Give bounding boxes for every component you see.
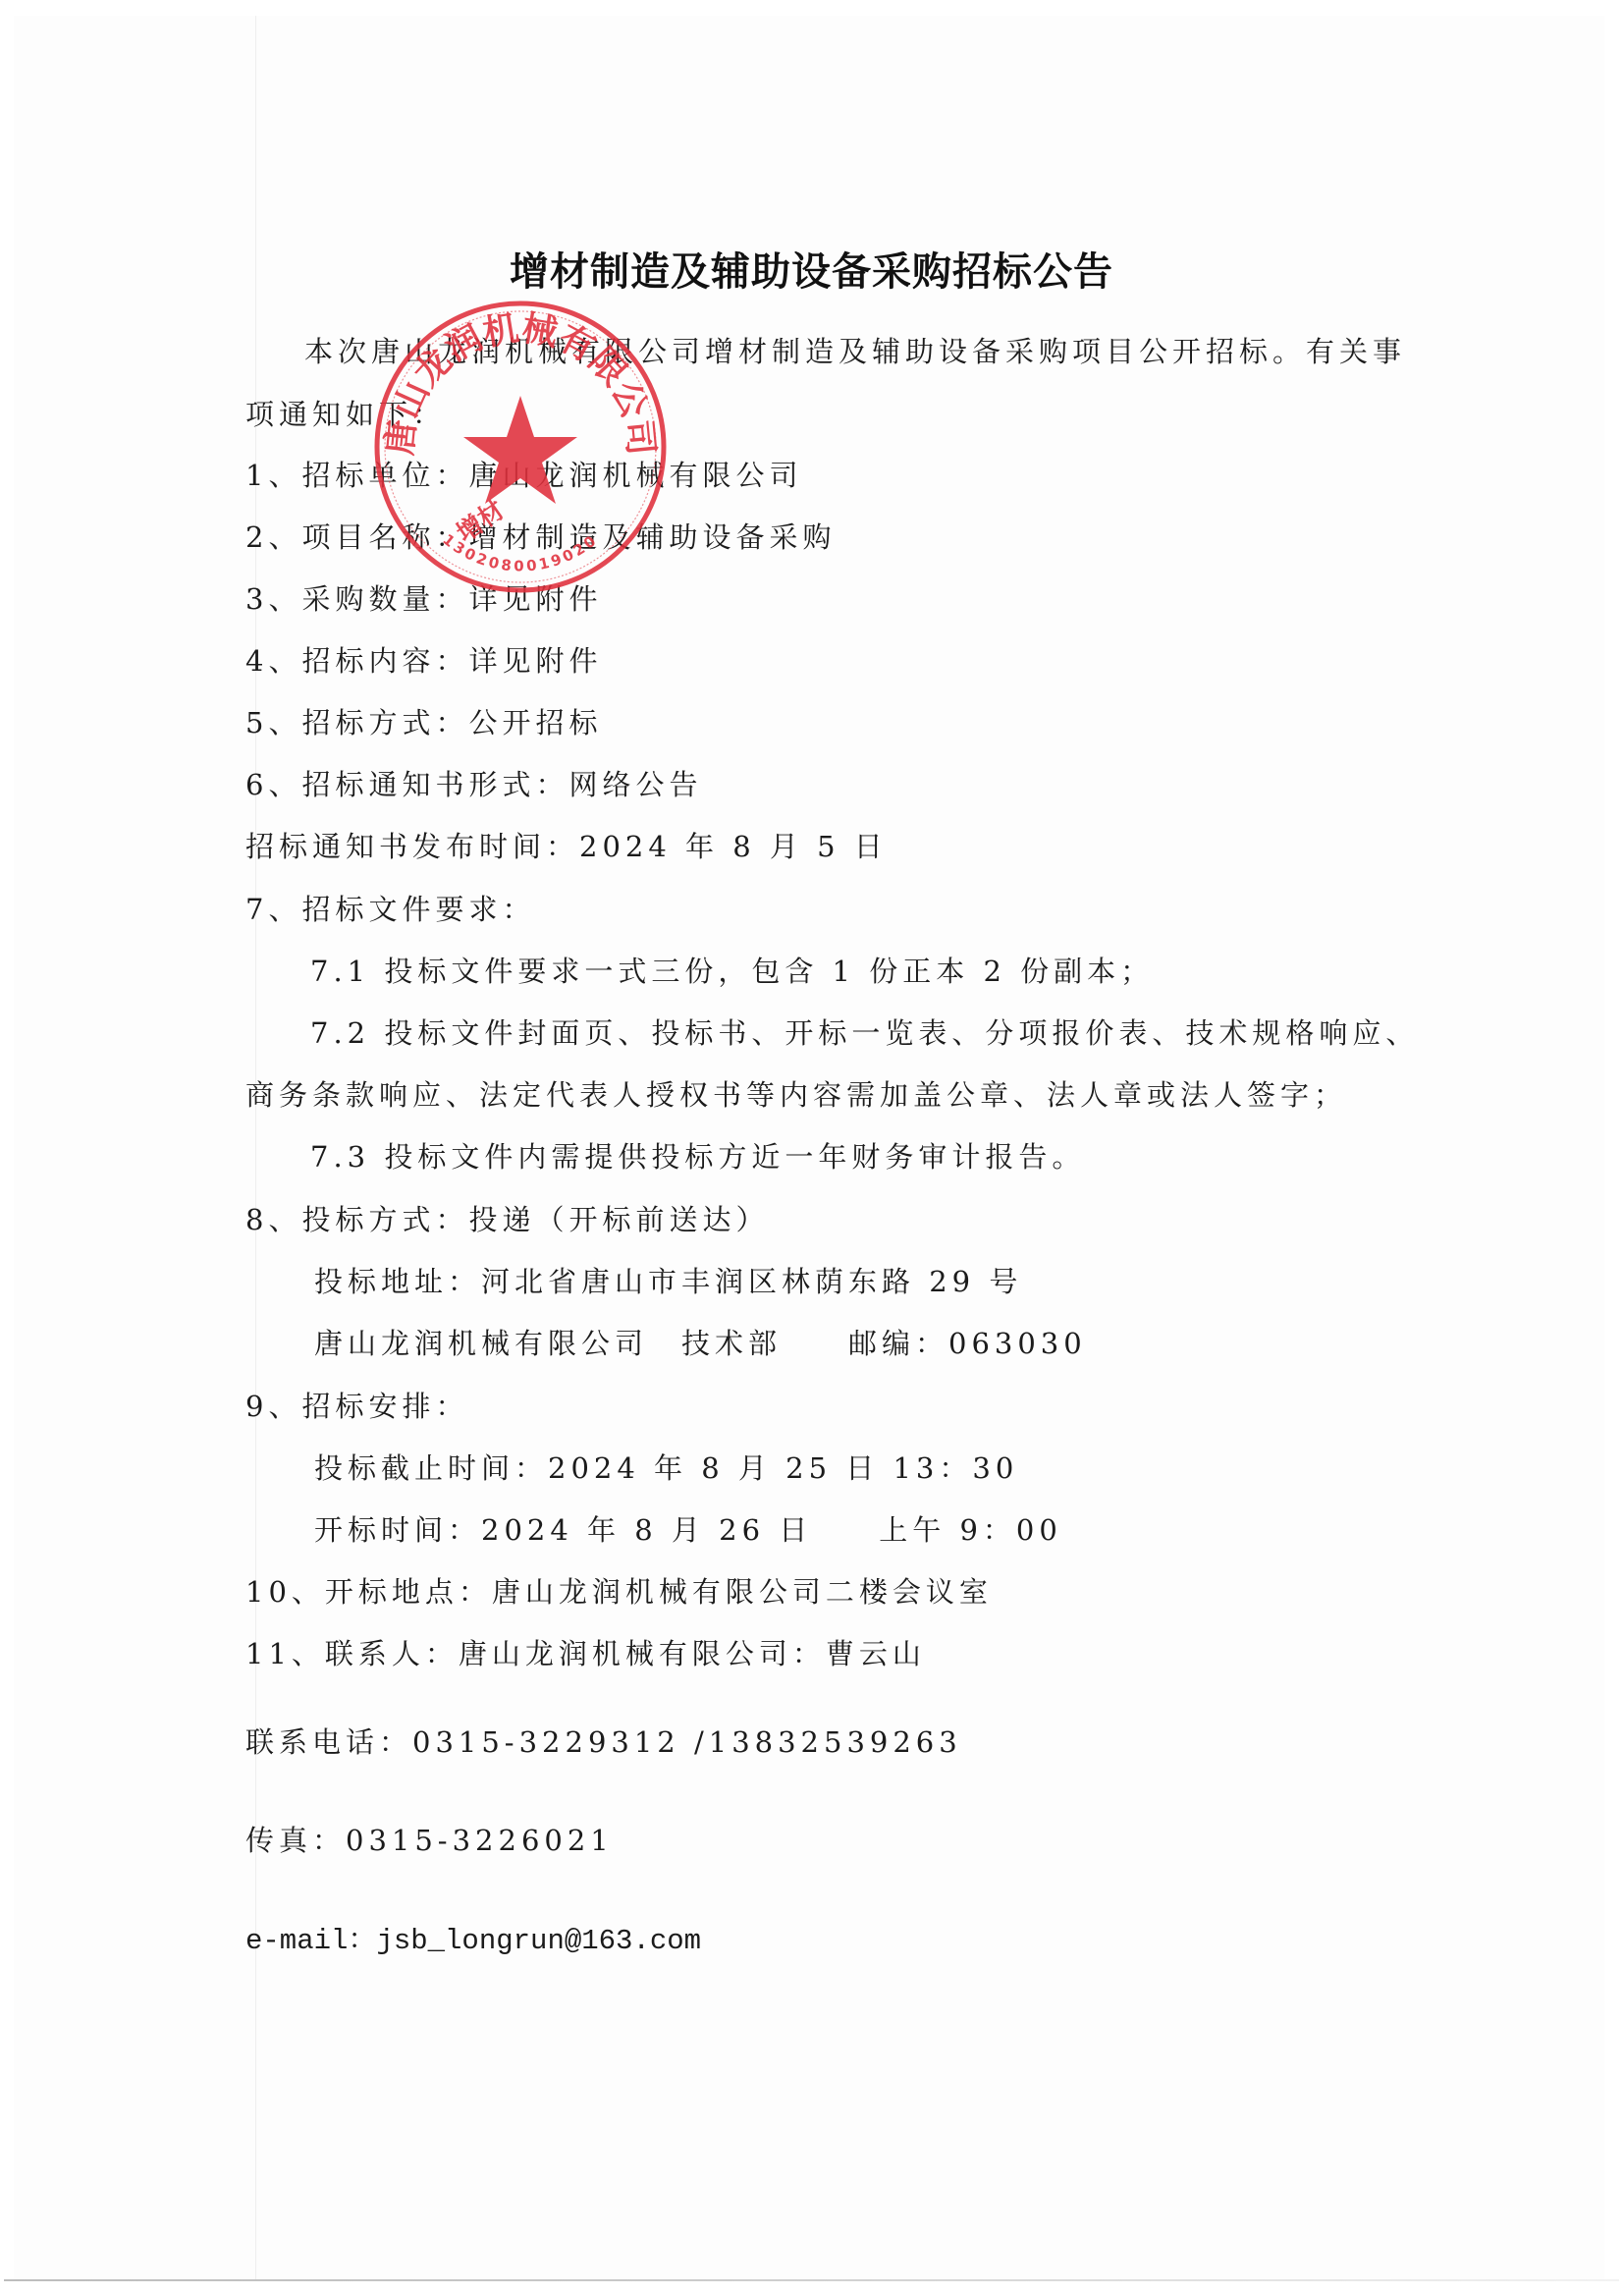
item-label: 6、招标通知书形式： — [245, 768, 568, 801]
document-title: 增材制造及辅助设备采购招标公告 — [0, 241, 1623, 297]
section-7-heading: 7、招标文件要求： — [245, 888, 535, 928]
contact-phone: 联系电话：0315-3229312 /13832539263 — [245, 1721, 962, 1761]
section-8-department-postcode: 唐山龙润机械有限公司 技术部 邮编：063030 — [314, 1322, 1087, 1362]
item-value: 网络公告 — [568, 768, 702, 801]
item-label: 1、招标单位： — [245, 459, 468, 492]
item-value: 详见附件 — [468, 582, 602, 616]
section-10-location: 10、开标地点：唐山龙润机械有限公司二楼会议室 — [245, 1570, 993, 1611]
section-8-address: 投标地址：河北省唐山市丰润区林荫东路 29 号 — [314, 1260, 1022, 1300]
section-9-opening-time: 开标时间：2024 年 8 月 26 日 上午 9：00 — [314, 1508, 1062, 1549]
item-bidding-method: 5、招标方式：公开招标 — [245, 701, 602, 741]
item-purchase-quantity: 3、采购数量：详见附件 — [245, 577, 602, 618]
item-value: 详见附件 — [468, 644, 602, 678]
section-7-2-line-1: 7.2 投标文件封面页、投标书、开标一览表、分项报价表、技术规格响应、 — [310, 1011, 1419, 1052]
section-9-deadline: 投标截止时间：2024 年 8 月 25 日 13：30 — [314, 1447, 1018, 1487]
section-11-contact-person: 11、联系人：唐山龙润机械有限公司：曹云山 — [245, 1632, 926, 1672]
item-project-name: 2、项目名称：增材制造及辅助设备采购 — [245, 516, 836, 556]
item-bidding-unit: 1、招标单位：唐山龙润机械有限公司 — [245, 454, 802, 494]
publish-time: 招标通知书发布时间：2024 年 8 月 5 日 — [245, 825, 888, 865]
item-label: 5、招标方式： — [245, 706, 468, 739]
contact-fax: 传真：0315-3226021 — [245, 1819, 614, 1859]
section-9-heading: 9、招标安排： — [245, 1385, 468, 1425]
item-notice-form: 6、招标通知书形式：网络公告 — [245, 763, 702, 803]
item-bidding-content: 4、招标内容：详见附件 — [245, 639, 602, 680]
section-8-heading: 8、投标方式：投递（开标前送达） — [245, 1198, 769, 1238]
item-value: 增材制造及辅助设备采购 — [468, 520, 836, 554]
item-label: 2、项目名称： — [245, 520, 468, 554]
section-7-1: 7.1 投标文件要求一式三份，包含 1 份正本 2 份副本； — [310, 950, 1154, 990]
intro-paragraph-line-2: 项通知如下： — [245, 393, 446, 433]
section-7-3: 7.3 投标文件内需提供投标方近一年财务审计报告。 — [310, 1135, 1085, 1175]
scan-bottom-edge — [4, 2279, 1619, 2281]
publish-time-value: 2024 年 8 月 5 日 — [579, 830, 888, 863]
contact-email: e-mail：jsb_longrun@163.com — [245, 1917, 701, 1957]
section-7-2-line-2: 商务条款响应、法定代表人授权书等内容需加盖公章、法人章或法人签字； — [245, 1073, 1347, 1114]
publish-time-label: 招标通知书发布时间： — [245, 830, 579, 863]
intro-paragraph-line-1: 本次唐山龙润机械有限公司增材制造及辅助设备采购项目公开招标。有关事 — [304, 330, 1406, 370]
item-label: 4、招标内容： — [245, 644, 468, 678]
item-label: 3、采购数量： — [245, 582, 468, 616]
item-value: 公开招标 — [468, 706, 602, 739]
item-value: 唐山龙润机械有限公司 — [468, 459, 802, 492]
